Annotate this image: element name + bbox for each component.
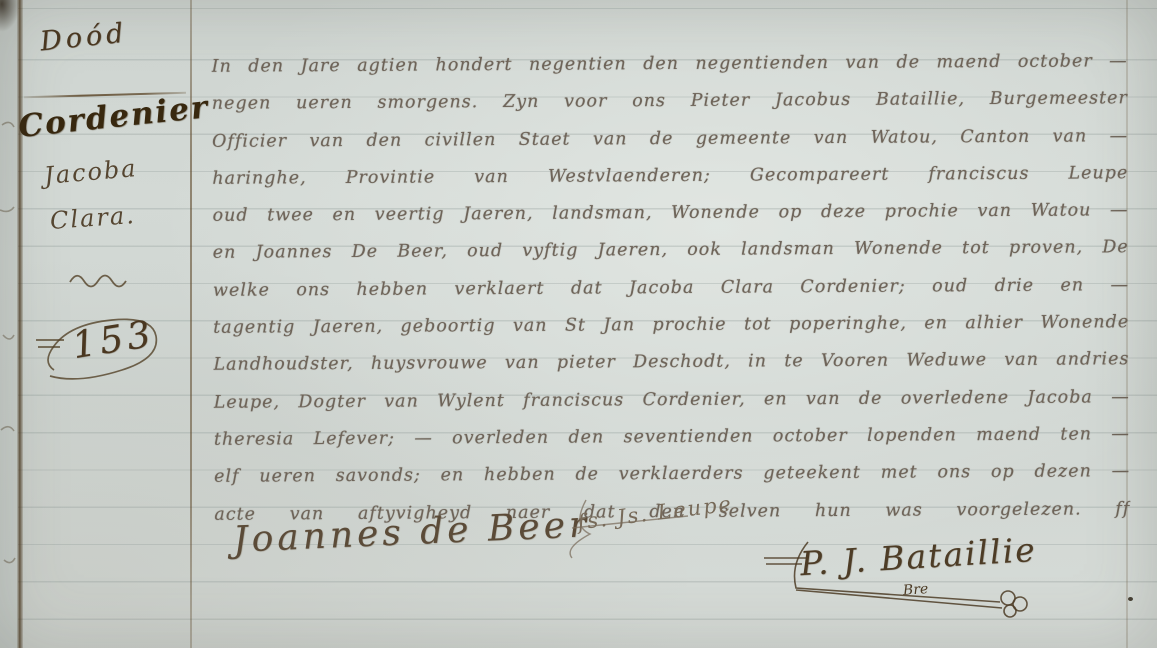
page-fold-line (17, 0, 23, 648)
ink-dot (1128, 597, 1133, 601)
act-line-1: In den Jare agtien hondert negentien den… (212, 43, 1128, 86)
act-line-11: theresia Lefever; — overleden den sevent… (214, 416, 1130, 459)
act-line-12: elf ueren savonds; en hebben de verklaer… (214, 453, 1130, 496)
act-line-9: Landhoudster, huysvrouwe van pieter Desc… (213, 342, 1129, 385)
death-record-scan: Doód Cordenier Jacoba Clara. 153 In den … (0, 0, 1157, 648)
signature-bataillie-paraph (762, 540, 1052, 620)
act-line-3: Officier van den civillen Staet van de g… (212, 118, 1128, 161)
act-line-10: Leupe, Dogter van Wylent franciscus Cord… (214, 379, 1130, 422)
margin-act-number-group: 153 (34, 300, 164, 390)
previous-page-ink-traces (0, 0, 18, 648)
margin-wavy-flourish (66, 266, 142, 292)
previous-page-edge (0, 0, 18, 648)
act-line-8: tagentig Jaeren, geboortig van St Jan pr… (213, 304, 1129, 347)
act-line-6: en Joannes De Beer, oud vyftig Jaeren, o… (213, 230, 1129, 273)
act-line-5: oud twee en veertig Jaeren, landsman, Wo… (212, 192, 1128, 235)
act-line-4: haringhe, Provintie van Westvlaenderen; … (212, 155, 1128, 198)
act-text-block: In den Jare agtien hondert negentien den… (212, 43, 1131, 533)
act-line-2: negen ueren smorgens. Zyn voor ons Piete… (212, 81, 1128, 124)
act-line-7: welke ons hebben verklaert dat Jacoba Cl… (213, 267, 1129, 310)
margin-given-name-2: Clara. (49, 201, 137, 235)
